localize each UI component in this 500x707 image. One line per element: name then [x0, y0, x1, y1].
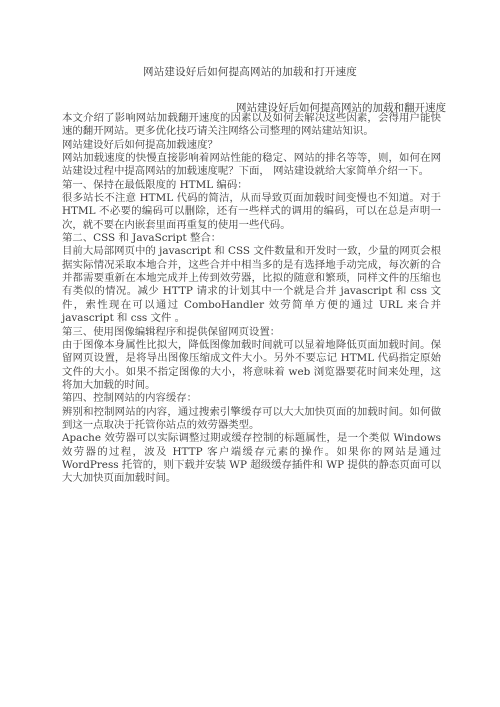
- intro-paragraph: 本文介绍了影响网站加载翻开速度的因素以及如何去解决这些因素，会得用户能快速的翻开…: [62, 112, 441, 139]
- document-title: 网站建设好后如何提高网站的加载和打开速度: [0, 64, 500, 79]
- section-2-heading: 第二、CSS 和 JavaScript 整合：: [62, 232, 441, 245]
- apache-paragraph: Apache 效劳器可以实际调整过期或缓存控制的标题属性，是一个类似 Windo…: [62, 432, 441, 485]
- section-2-paragraph: 目前大局部网页中的 javascript 和 CSS 文件数量和开发时一致，少量…: [62, 245, 441, 325]
- overview-paragraph: 网站加载速度的快慢直接影响着网站性能的稳定、网站的排名等等，则，如何在网站建设过…: [62, 152, 441, 179]
- section-4-heading: 第四、控制网站的内容缓存：: [62, 392, 441, 405]
- section-3-heading: 第三、使用图像编辑程序和提供保留网页设置：: [62, 326, 441, 339]
- document-body: 本文介绍了影响网站加载翻开速度的因素以及如何去解决这些因素，会得用户能快速的翻开…: [62, 112, 441, 486]
- section-1-heading: 第一、保持在最低限度的 HTML 编码：: [62, 179, 441, 192]
- section-4-paragraph: 辨别和控制网站的内容，通过搜索引擎缓存可以大大加快页面的加载时间。如何做到这一点…: [62, 406, 441, 433]
- document-page: 网站建设好后如何提高网站的加载和打开速度 网站建设好后如何提高网站的加载和翻开速…: [0, 0, 500, 707]
- section-3-paragraph: 由于图像本身属性比拟大，降低图像加载时间就可以显着地降低页面加载时间。保留网页设…: [62, 339, 441, 392]
- section-1-paragraph: 很多站长不注意 HTML 代码的简洁，从而导致页面加载时间变慢也不知道。对于 H…: [62, 192, 441, 232]
- question-heading: 网站建设好后如何提高加载速度？: [62, 139, 441, 152]
